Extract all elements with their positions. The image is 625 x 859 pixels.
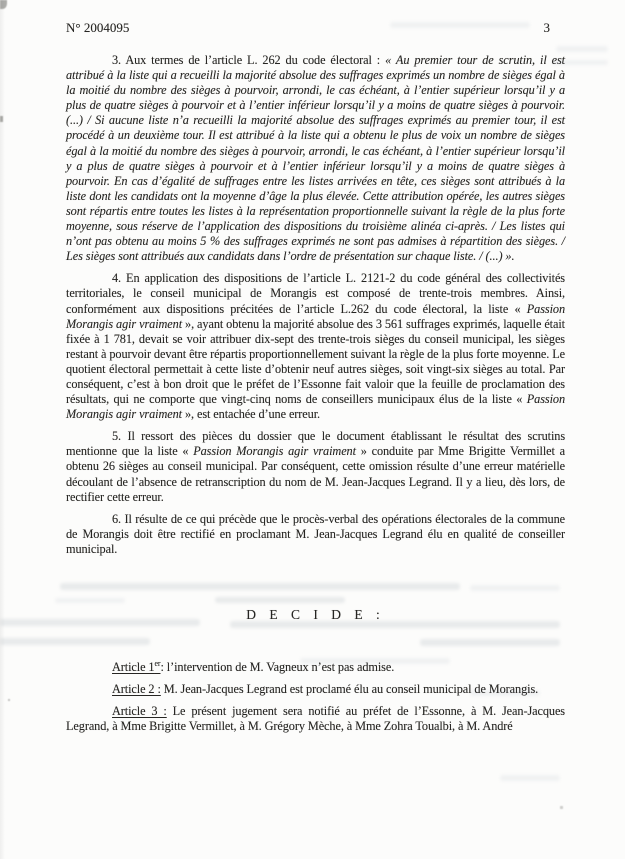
list-name-italic: Passion Morangis agir vraiment: [193, 444, 356, 458]
paragraph-4-text: », est entachée d’une erreur.: [182, 407, 320, 421]
paragraph-3-lead: 3. Aux termes de l’article L. 262 du cod…: [112, 53, 385, 67]
case-number: N° 2004095: [66, 20, 129, 36]
scan-speck: [0, 0, 7, 9]
paragraph-4-text: 4. En application des dispositions de l’…: [66, 271, 565, 315]
article-1-body: l’intervention de M. Vagneux n’est pas a…: [167, 660, 394, 674]
bleedthrough-artifact: [556, 46, 608, 52]
article-1-label-text: Article 1: [112, 660, 154, 674]
paragraph-6: 6. Il résulte de ce qui précède que le p…: [66, 512, 565, 557]
paragraph-3-statute-quote: « Au premier tour de scrutin, il est att…: [66, 53, 565, 263]
article-1-label: Article 1er: [112, 660, 160, 674]
page-header: N° 2004095 3: [66, 20, 550, 36]
paragraph-4: 4. En application des dispositions de l’…: [66, 271, 565, 422]
article-2-label: Article 2 :: [112, 682, 161, 696]
scanned-judgment-page: N° 2004095 3 3. Aux termes de l’article …: [0, 0, 625, 859]
page-number: 3: [544, 20, 551, 36]
document-body: 3. Aux termes de l’article L. 262 du cod…: [66, 53, 565, 741]
bleedthrough-artifact: [500, 775, 560, 781]
article-3-label: Article 3 :: [112, 704, 167, 718]
paragraph-5: 5. Il ressort des pièces du dossier que …: [66, 429, 565, 504]
article-1: Article 1er: l’intervention de M. Vagneu…: [66, 660, 565, 675]
scan-speck: [0, 116, 3, 122]
article-3: Article 3 : Le présent jugement sera not…: [66, 704, 565, 734]
article-2-body: M. Jean-Jacques Legrand est proclamé élu…: [161, 682, 538, 696]
article-2: Article 2 : M. Jean-Jacques Legrand est …: [66, 682, 565, 697]
scan-speck: [8, 699, 10, 701]
scan-speck: [560, 806, 563, 809]
paragraph-3: 3. Aux termes de l’article L. 262 du cod…: [66, 53, 565, 264]
paragraph-6-text: 6. Il résulte de ce qui précède que le p…: [66, 512, 565, 556]
decide-heading: D E C I D E :: [66, 607, 565, 622]
